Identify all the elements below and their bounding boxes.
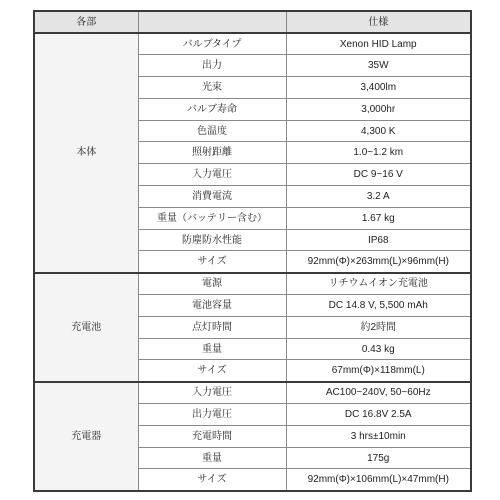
header-middle-cell (138, 11, 286, 33)
spec-label: 色温度 (138, 120, 286, 142)
spec-label: サイズ (138, 251, 286, 273)
spec-value: AC100~240V, 50~60Hz (286, 382, 471, 404)
spec-label: 入力電圧 (138, 164, 286, 186)
spec-value: 0.43 kg (286, 338, 471, 360)
spec-value: Xenon HID Lamp (286, 33, 471, 55)
table-row: 本体バルブタイプXenon HID Lamp (34, 33, 471, 55)
spec-value: 175g (286, 447, 471, 469)
spec-label: バルブ寿命 (138, 98, 286, 120)
spec-label: 重量 (138, 338, 286, 360)
spec-sheet-page: 各部 仕様 本体バルブタイプXenon HID Lamp出力35W光束3,400… (0, 0, 500, 500)
spec-label: サイズ (138, 360, 286, 382)
spec-value: 4,300 K (286, 120, 471, 142)
spec-label: 入力電圧 (138, 382, 286, 404)
spec-label: 電源 (138, 273, 286, 295)
spec-value: 3.2 A (286, 186, 471, 208)
spec-value: 3,400lm (286, 77, 471, 99)
section-label-battery: 充電池 (34, 273, 138, 382)
spec-label: 照射距離 (138, 142, 286, 164)
spec-label: 消費電流 (138, 186, 286, 208)
spec-label: 点灯時間 (138, 316, 286, 338)
spec-value: 1.67 kg (286, 207, 471, 229)
spec-value: DC 14.8 V, 5,500 mAh (286, 295, 471, 317)
table-header-row: 各部 仕様 (34, 11, 471, 33)
spec-label: 充電時間 (138, 425, 286, 447)
spec-value: 92mm(Φ)×263mm(L)×96mm(H) (286, 251, 471, 273)
spec-value: 約2時間 (286, 316, 471, 338)
section-label-main-unit: 本体 (34, 33, 138, 273)
spec-label: 光束 (138, 77, 286, 99)
spec-value: 3,000hr (286, 98, 471, 120)
spec-value: IP68 (286, 229, 471, 251)
spec-value: DC 9~16 V (286, 164, 471, 186)
spec-value: 1.0~1.2 km (286, 142, 471, 164)
spec-value: リチウムイオン充電池 (286, 273, 471, 295)
spec-label: バルブタイプ (138, 33, 286, 55)
spec-label: 重量（バッテリー含む） (138, 207, 286, 229)
spec-value: 3 hrs±10min (286, 425, 471, 447)
table-row: 充電器入力電圧AC100~240V, 50~60Hz (34, 382, 471, 404)
spec-label: 重量 (138, 447, 286, 469)
section-label-charger: 充電器 (34, 382, 138, 491)
spec-table: 各部 仕様 本体バルブタイプXenon HID Lamp出力35W光束3,400… (33, 10, 472, 492)
spec-label: 電池容量 (138, 295, 286, 317)
spec-label: 出力 (138, 55, 286, 77)
spec-label: サイズ (138, 469, 286, 491)
spec-value: 92mm(Φ)×106mm(L)×47mm(H) (286, 469, 471, 491)
spec-value: DC 16.8V 2.5A (286, 404, 471, 426)
table-row: 充電池電源リチウムイオン充電池 (34, 273, 471, 295)
header-spec-label: 仕様 (286, 11, 471, 33)
spec-label: 出力電圧 (138, 404, 286, 426)
spec-value: 35W (286, 55, 471, 77)
spec-label: 防塵防水性能 (138, 229, 286, 251)
header-parts-label: 各部 (34, 11, 138, 33)
spec-value: 67mm(Φ)×118mm(L) (286, 360, 471, 382)
